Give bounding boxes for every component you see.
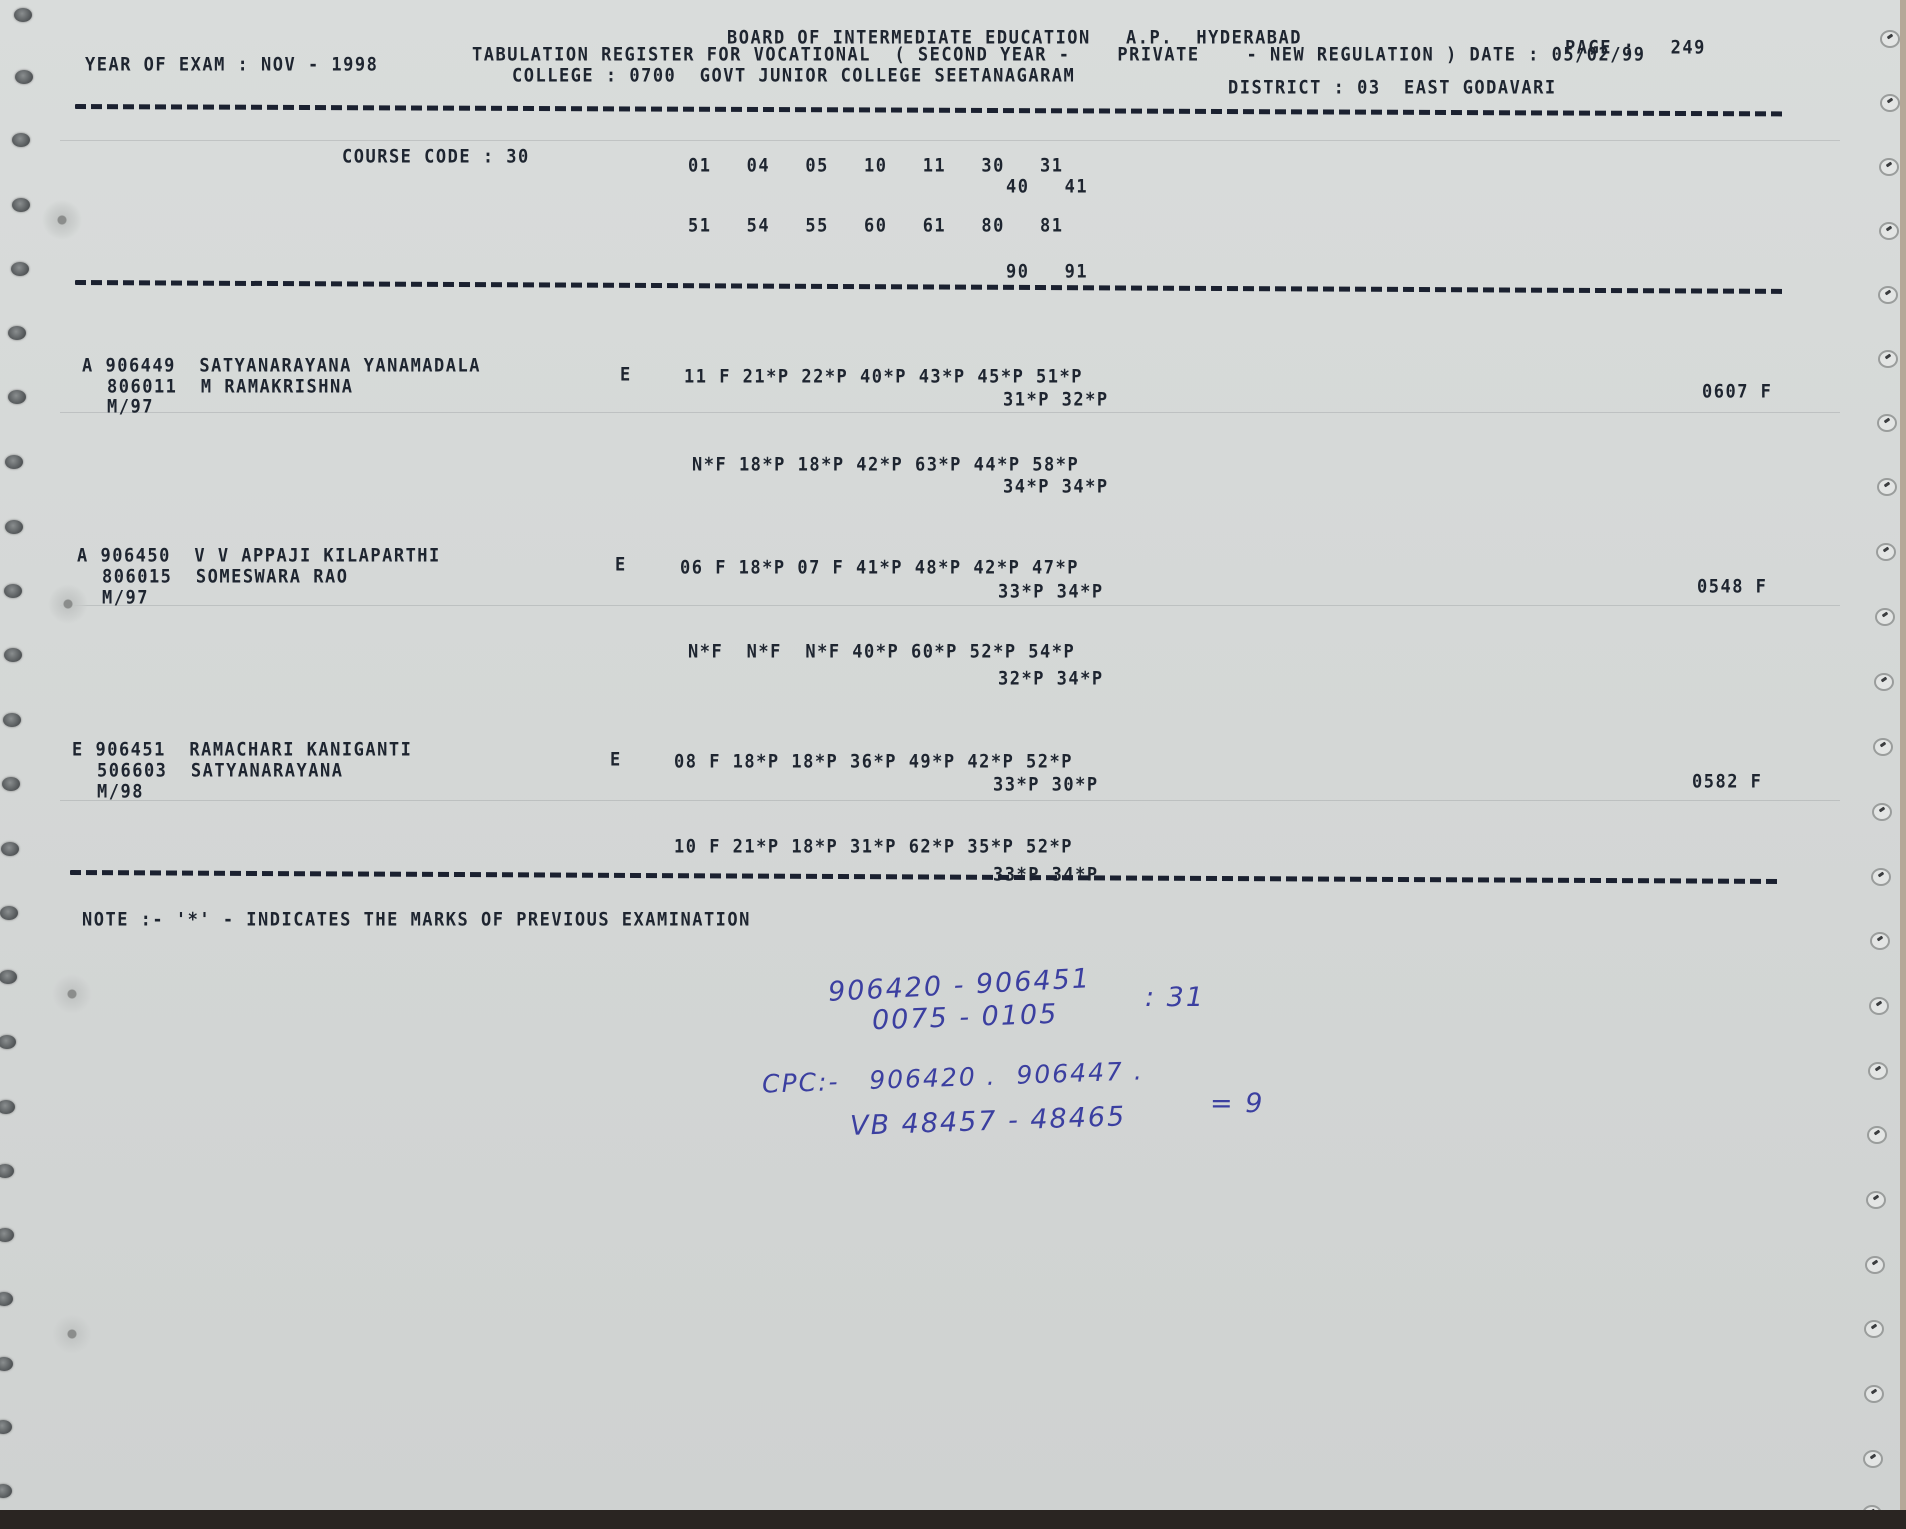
tractor-hole-icon xyxy=(1864,1385,1884,1403)
subject-codes-row-1b: 40 41 xyxy=(1006,176,1088,198)
student-roll-name: E 906451 RAMACHARI KANIGANTI xyxy=(72,739,412,761)
student-category: E xyxy=(620,364,632,386)
student-total-result: 0607 F xyxy=(1702,381,1772,403)
tractor-hole-icon xyxy=(0,1164,14,1178)
student-category: E xyxy=(610,749,622,771)
tractor-hole-icon xyxy=(8,390,26,404)
faint-rule xyxy=(60,605,1840,606)
handwritten-vb-range: VB 48457 - 48465 xyxy=(850,1101,1127,1142)
tractor-hole-icon xyxy=(0,1228,14,1242)
faint-rule xyxy=(60,800,1840,801)
course-code: COURSE CODE : 30 xyxy=(342,146,530,168)
binding-punch-icon xyxy=(48,584,88,624)
tractor-hole-icon xyxy=(12,198,30,212)
student-marks-row-1: 08 F 18*P 18*P 36*P 49*P 42*P 52*P xyxy=(674,751,1073,773)
tractor-hole-icon xyxy=(1871,868,1891,886)
tractor-hole-icon xyxy=(5,455,23,469)
student-marks-row-2: N*F N*F N*F 40*P 60*P 52*P 54*P xyxy=(688,641,1075,663)
tractor-hole-icon xyxy=(1866,1191,1886,1209)
tractor-hole-icon xyxy=(1863,1450,1883,1468)
header-separator xyxy=(75,104,1785,116)
tractor-hole-icon xyxy=(1872,803,1892,821)
student-exam-session: M/98 xyxy=(97,781,144,803)
register-title: TABULATION REGISTER FOR VOCATIONAL ( SEC… xyxy=(472,44,1646,66)
student-exam-session: M/97 xyxy=(102,587,149,609)
binding-punch-icon xyxy=(52,974,92,1014)
tractor-hole-icon xyxy=(1869,997,1889,1015)
tractor-hole-icon xyxy=(14,8,32,22)
course-separator xyxy=(75,280,1785,294)
student-marks-row-2b: 32*P 34*P xyxy=(998,668,1104,690)
tractor-hole-icon xyxy=(3,713,21,727)
binding-punch-icon xyxy=(42,200,82,240)
student-roll-name: A 906449 SATYANARAYANA YANAMADALA xyxy=(82,355,481,377)
tractor-hole-icon xyxy=(11,262,29,276)
tractor-hole-icon xyxy=(1880,94,1900,112)
tractor-hole-icon xyxy=(0,1420,12,1434)
footnote: NOTE :- '*' - INDICATES THE MARKS OF PRE… xyxy=(82,909,751,931)
tractor-hole-icon xyxy=(8,326,26,340)
tractor-hole-icon xyxy=(12,133,30,147)
tractor-hole-icon xyxy=(0,970,17,984)
tractor-hole-icon xyxy=(1865,1256,1885,1274)
tractor-hole-icon xyxy=(0,1292,13,1306)
printout-sheet: BOARD OF INTERMEDIATE EDUCATION A.P. HYD… xyxy=(0,0,1906,1510)
handwritten-serial-range: 0075 - 0105 xyxy=(872,999,1059,1036)
student-total-result: 0582 F xyxy=(1692,771,1762,793)
subject-codes-row-2b: 90 91 xyxy=(1006,261,1088,283)
tractor-hole-icon xyxy=(2,777,20,791)
student-marks-row-1: 06 F 18*P 07 F 41*P 48*P 42*P 47*P xyxy=(680,557,1079,579)
tractor-hole-icon xyxy=(1873,738,1893,756)
student-marks-row-2: 10 F 21*P 18*P 31*P 62*P 35*P 52*P xyxy=(674,836,1073,858)
district-info: DISTRICT : 03 EAST GODAVARI xyxy=(1228,77,1557,99)
tractor-hole-icon xyxy=(1867,1126,1887,1144)
subject-codes-row-2: 51 54 55 60 61 80 81 xyxy=(688,215,1064,237)
college-info: COLLEGE : 0700 GOVT JUNIOR COLLEGE SEETA… xyxy=(512,65,1075,87)
tractor-hole-icon xyxy=(1876,543,1896,561)
student-category: E xyxy=(615,554,627,576)
tractor-hole-icon xyxy=(1,842,19,856)
tractor-hole-icon xyxy=(1877,414,1897,432)
tractor-hole-icon xyxy=(4,648,22,662)
faint-rule xyxy=(60,140,1840,141)
year-of-exam: YEAR OF EXAM : NOV - 1998 xyxy=(85,54,378,76)
tractor-hole-icon xyxy=(1874,673,1894,691)
student-father-name: 806015 SOMESWARA RAO xyxy=(102,566,348,588)
student-roll-name: A 906450 V V APPAJI KILAPARTHI xyxy=(77,545,441,567)
tractor-hole-icon xyxy=(0,1484,12,1498)
tractor-hole-icon xyxy=(0,1100,15,1114)
table-surface xyxy=(0,1510,1906,1529)
student-marks-row-2b: 34*P 34*P xyxy=(1003,476,1109,498)
records-separator xyxy=(70,870,1780,884)
tractor-hole-icon xyxy=(4,584,22,598)
tractor-hole-icon xyxy=(5,520,23,534)
student-marks-row-1b: 33*P 30*P xyxy=(993,774,1099,796)
binding-punch-icon xyxy=(52,1314,92,1354)
tractor-hole-icon xyxy=(1870,932,1890,950)
student-total-result: 0548 F xyxy=(1697,576,1767,598)
tractor-hole-icon xyxy=(1878,350,1898,368)
student-father-name: 806011 M RAMAKRISHNA xyxy=(107,376,353,398)
student-exam-session: M/97 xyxy=(107,396,154,418)
handwritten-cpc-range: CPC:- 906420 . 906447 . xyxy=(762,1056,1145,1098)
faint-rule xyxy=(60,412,1840,413)
handwritten-count-9: = 9 xyxy=(1210,1088,1264,1119)
subject-codes-row-1: 01 04 05 10 11 30 31 xyxy=(688,155,1064,177)
tractor-hole-icon xyxy=(0,1357,13,1371)
tractor-hole-icon xyxy=(1875,608,1895,626)
tractor-hole-icon xyxy=(1868,1062,1888,1080)
tractor-hole-icon xyxy=(1879,158,1899,176)
tractor-hole-icon xyxy=(15,70,33,84)
tractor-hole-icon xyxy=(1877,478,1897,496)
tractor-hole-icon xyxy=(1864,1320,1884,1338)
tractor-hole-icon xyxy=(1880,30,1900,48)
student-marks-row-1b: 33*P 34*P xyxy=(998,581,1104,603)
student-marks-row-1: 11 F 21*P 22*P 40*P 43*P 45*P 51*P xyxy=(684,366,1083,388)
tractor-hole-icon xyxy=(0,906,18,920)
handwritten-count-31: : 31 xyxy=(1145,982,1205,1013)
student-father-name: 506603 SATYANARAYANA xyxy=(97,760,343,782)
paper-edge xyxy=(1900,0,1906,1510)
student-marks-row-2: N*F 18*P 18*P 42*P 63*P 44*P 58*P xyxy=(692,454,1079,476)
tractor-hole-icon xyxy=(1878,286,1898,304)
tractor-hole-icon xyxy=(0,1035,16,1049)
student-marks-row-1b: 31*P 32*P xyxy=(1003,389,1109,411)
tractor-hole-icon xyxy=(1879,222,1899,240)
